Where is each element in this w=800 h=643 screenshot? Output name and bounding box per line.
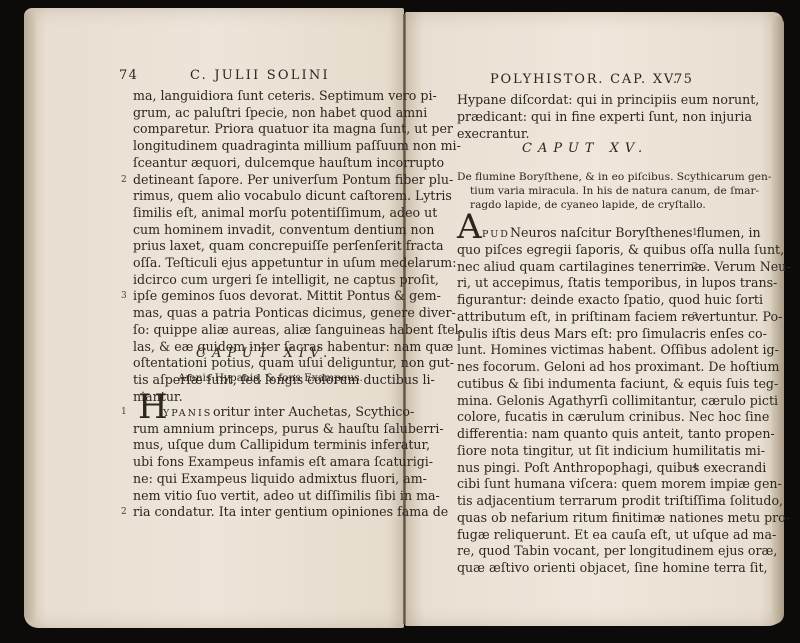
text-line: grum, ac paluſtri ſpecie, non habet quod… (133, 105, 427, 120)
margin-number: 1 (692, 228, 698, 238)
left-first-word: YPANIS (163, 408, 212, 419)
text-line: oſſa. Teſticuli ejus appetuntur in uſum … (133, 255, 457, 270)
text-line: differentia: nam quanto quis anteit, tan… (457, 426, 775, 441)
text-line: ſceantur æquori, dulcemque hauſtum incor… (133, 155, 444, 170)
right-folio: 75 (674, 72, 693, 87)
text-line: cutibus & ſibi indumenta faciunt, & equi… (457, 376, 778, 391)
right-running-head: POLYHISTOR. CAP. XV. (490, 72, 679, 87)
text-line: tis adjacentium terrarum prodit triſtiſſ… (457, 493, 783, 508)
text-line: ria condatur. Ita inter gentium opinione… (133, 504, 448, 519)
text-line: oritur inter Auchetas, Scythico- (213, 404, 414, 419)
margin-number: 4 (692, 463, 698, 473)
right-chapter-heading: CAPUT XV. (522, 141, 648, 156)
text-line: mina. Gelonis Agathyrſi collimitantur, c… (457, 393, 778, 408)
text-line: prius laxet, quam concrepuiſſe perſenſer… (133, 238, 444, 253)
text-line: ipſe geminos ſuos devorat. Mittit Pontus… (133, 288, 441, 303)
margin-number: 2 (692, 262, 698, 272)
text-line: detineant ſapore. Per univerſum Pontum f… (133, 172, 453, 187)
left-chapter-summary: Amnis Hypanis, & fons Exampeus. (178, 372, 363, 384)
margin-number: 2 (121, 175, 127, 185)
text-line: rum amnium princeps, purus & hauſtu ſalu… (133, 421, 444, 436)
text-line: comparetur. Priora quatuor ita magna ſun… (133, 121, 453, 136)
text-line: nec aliud quam cartilagines tenerrimæ. V… (457, 259, 791, 274)
text-line: execrantur. (457, 126, 530, 141)
text-line: fugæ reliquerunt. Et ea cauſa eſt, ut uſ… (457, 527, 776, 542)
margin-number: 1 (121, 407, 127, 417)
text-line: cibi ſunt humana viſcera: quem morem imp… (457, 476, 782, 491)
text-line: cum hominem invadit, conventum dentium n… (133, 222, 434, 237)
left-folio: 74 (119, 68, 138, 83)
text-line: longitudinem quadraginta millium paſſuum… (133, 138, 461, 153)
right-dropcap: A (457, 210, 482, 244)
text-line: nem vitio ſuo vertit, adeo ut diſſimilis… (133, 488, 440, 503)
text-line: ne: qui Exampeus liquido admixtus fluori… (133, 471, 427, 486)
text-line: Neuros naſcitur Boryſthenes flumen, in (510, 225, 761, 240)
margin-number: 3 (121, 291, 127, 301)
text-line: nus pingi. Poſt Anthropophagi, quibus ex… (457, 460, 766, 475)
text-line: figurantur: deinde exacto ſpatio, quod h… (457, 292, 763, 307)
text-line: ſiore nota tingitur, ut ſit indicium hum… (457, 443, 765, 458)
left-chapter-heading: CAPUT XIV. (196, 346, 333, 361)
text-line: idcirco cum urgeri ſe intelligit, ne cap… (133, 272, 439, 287)
text-line: De flumine Boryſthene, & in eo piſcibus.… (457, 171, 771, 183)
text-line: pulis iſtis deus Mars eſt: pro ſimulacri… (457, 326, 767, 341)
text-line: lunt. Homines victimas habent. Oſſibus a… (457, 342, 779, 357)
margin-number: 2 (121, 507, 127, 517)
text-line: ubi fons Exampeus infamis eſt amara ſcat… (133, 454, 433, 469)
margin-number: 3 (692, 312, 698, 322)
text-line: quas ob nefarium ritum finitimæ nationes… (457, 510, 790, 525)
text-line: ſo: quippe aliæ aureas, aliæ ſanguineas … (133, 322, 463, 337)
open-book: 74 C. JULII SOLINI ma, languidiora ſunt … (0, 0, 800, 643)
text-line: mus, uſque dum Callipidum terminis infer… (133, 437, 430, 452)
text-line: prædicant: qui in fine experti ſunt, non… (457, 109, 752, 124)
left-running-head: C. JULII SOLINI (190, 68, 330, 83)
text-line: attributum eſt, in priſtinam faciem reve… (457, 309, 782, 324)
text-line: tium varia miracula. In his de natura ca… (470, 185, 759, 197)
text-line: mas, quas a patria Ponticas dicimus, gen… (133, 305, 456, 320)
text-line: ragdo lapide, de cyaneo lapide, de cryſt… (470, 199, 706, 211)
text-line: re, quod Tabin vocant, per longitudinem … (457, 543, 777, 558)
text-line: quo piſces egregii ſaporis, & quibus oſſ… (457, 242, 784, 257)
text-line: Hypane diſcordat: qui in principiis eum … (457, 92, 759, 107)
text-line: quæ æſtivo orienti objacet, ſine homine … (457, 560, 768, 575)
left-page-edge (24, 12, 36, 622)
text-line: nes focorum. Geloni ad hos proximant. De… (457, 359, 779, 374)
right-first-word: PUD (482, 229, 510, 240)
text-line: ri, ut accepimus, ſtatis temporibus, in … (457, 275, 777, 290)
text-line: ma, languidiora ſunt ceteris. Septimum v… (133, 88, 437, 103)
text-line: colore, fucatis in cærulum crinibus. Nec… (457, 409, 769, 424)
text-line: ſimilis eſt, animal morſu potentiſſimum,… (133, 205, 437, 220)
text-line: rimus, quem alio vocabulo dicunt caſtore… (133, 188, 452, 203)
